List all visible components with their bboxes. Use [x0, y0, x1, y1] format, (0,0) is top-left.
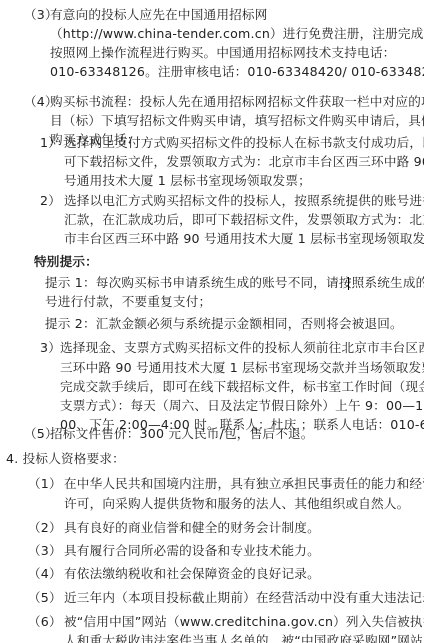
method-2-line-3: 市丰台区西三环中路 90 号通用技术大厦 1 层标书室现场领取发票: [64, 231, 424, 247]
tip-2-line-1: 提示 2：汇款金额必须与系统提示金额相同，否则将会被退回。: [45, 316, 403, 332]
special-note-title: 特别提示：: [34, 254, 98, 270]
req-1-line-1: 在中华人民共和国境内注册，具有独立承担民事责任的能力和经营: [64, 476, 424, 492]
tip-1-text: 提示 1：每次购买标书申请系统生成的账号不同，请按照系统生成的账: [45, 275, 424, 290]
req-4-line-1: 有依法缴纳税收和社会保障资金的良好记录。: [64, 566, 320, 582]
req-2-line-1: 具有良好的商业信誉和健全的财务会计制度。: [64, 520, 320, 536]
item-3-line-4: 010-63348126。注册审核电话：010-63348420/ 010-63…: [50, 64, 424, 80]
item-3-line-3: 按照网上操作流程进行购买。中国通用招标网技术支持电话：: [50, 45, 395, 61]
tip-1-line-1[interactable]: 提示 1：每次购买标书申请系统生成的账号不同，请按照系统生成的账: [45, 275, 424, 291]
method-3-line-4: 支票方式）：每天（周六、日及法定节假日除外）上午 9：00—11：: [60, 398, 424, 414]
section-4-heading: 4. 投标人资格要求：: [6, 451, 125, 467]
method-1-line-1: 选择网上支付方式购买招标文件的投标人在标书款支付成功后，即: [64, 135, 424, 151]
req-6-line-1: 被“信用中国”网站（www.creditchina.gov.cn）列入失信被执行: [64, 614, 424, 630]
req-1-marker: （1）: [28, 476, 62, 492]
item-5-text: 招标文件售价：300 元人民币/包，售后不退。: [50, 426, 314, 442]
method-3-line-3: 完成交款手续后，即可在线下载招标文件，标书室工作时间（现金、: [60, 379, 424, 395]
method-2-line-1: 选择以电汇方式购买招标文件的投标人，按照系统提供的账号进行: [64, 193, 424, 209]
method-1-line-2: 可下载招标文件，发票领取方式为：北京市丰台区西三环中路 90: [64, 154, 424, 170]
req-6-line-2: 人和重大税收违法案件当事人名单的、被“中国政府采购网”网站: [64, 633, 423, 643]
method-3-line-2: 三环中路 90 号通用技术大厦 1 层标书室现场交款并当场领取发票，: [60, 360, 424, 376]
text-cursor: [348, 277, 349, 290]
req-6-marker: （6）: [28, 614, 62, 630]
req-3-line-1: 具有履行合同所必需的设备和专业技术能力。: [64, 543, 320, 559]
req-3-marker: （3）: [28, 543, 62, 559]
item-3-line-1: 有意向的投标人应先在中国通用招标网: [50, 7, 268, 23]
item-4-line-2: 目（标）下填写招标文件购买申请，填写招标文件购买申请后，具体: [50, 113, 424, 129]
method-3-marker: 3）: [40, 340, 61, 356]
method-2-marker: 2）: [40, 193, 61, 209]
method-2-line-2: 汇款，在汇款成功后，即可下载招标文件，发票领取方式为：北京: [64, 212, 424, 228]
item-4-line-1: 购买标书流程：投标人先在通用招标网招标文件获取一栏中对应的项: [50, 94, 424, 110]
req-1-line-2: 许可，向采购人提供货物和服务的法人、其他组织或自然人。: [64, 496, 409, 512]
req-2-marker: （2）: [28, 520, 62, 536]
method-3-line-1: 选择现金、支票方式购买招标文件的投标人须前往北京市丰台区西: [60, 340, 424, 356]
req-5-line-1: 近三年内（本项目投标截止期前）在经营活动中没有重大违法记录。: [64, 590, 424, 606]
item-3-line-2: （http://www.china-tender.com.cn）进行免费注册，注…: [50, 26, 424, 42]
method-1-marker: 1）: [40, 135, 61, 151]
method-1-line-3: 号通用技术大厦 1 层标书室现场领取发票；: [64, 173, 311, 189]
tip-1-line-2: 号进行付款，不要重复支付；: [45, 294, 211, 310]
req-4-marker: （4）: [28, 566, 62, 582]
req-5-marker: （5）: [28, 590, 62, 606]
